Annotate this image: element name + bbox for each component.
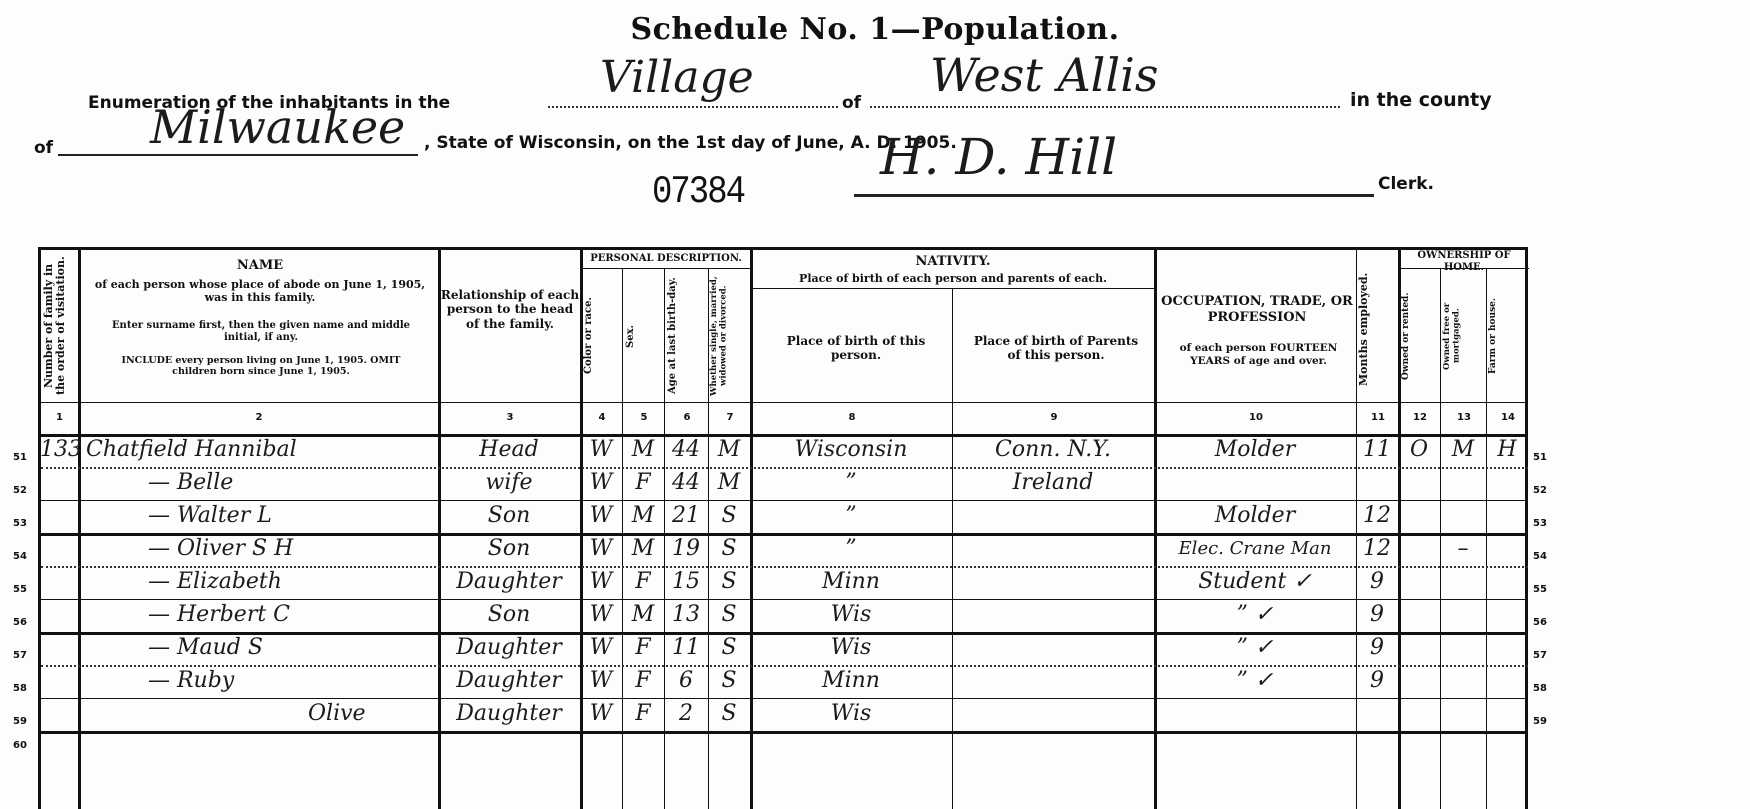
owned-rented [1398,697,1440,730]
clerk-signature: H. D. Hill [880,128,1117,186]
header-ownership: OWNERSHIP OF HOME. [1399,250,1529,274]
line-number-right: 56 [1528,617,1552,628]
free-mortgaged [1440,697,1486,730]
relationship: Son [438,499,580,532]
header-age: Age at last birth-day. [667,274,707,398]
color-race: W [580,697,622,730]
birthplace: ” [750,532,952,565]
relationship: Son [438,532,580,565]
occupation [1154,466,1356,499]
parents-birthplace [952,565,1154,598]
family-number [40,598,78,631]
parents-birthplace [952,598,1154,631]
header-nativity: NATIVITY. [753,254,1153,270]
owned-rented: O [1398,433,1440,466]
sex: F [622,664,664,697]
header-free-mortgaged: Owned free or mortgaged. [1443,274,1485,398]
family-number [40,466,78,499]
header-months-employed: Months employed. [1358,260,1398,398]
header-sex: Sex. [625,274,663,398]
family-number [40,697,78,730]
relationship: wife [438,466,580,499]
col-num-3: 3 [439,412,581,423]
owned-rented [1398,664,1440,697]
of-label: of [842,93,861,113]
col-num-9: 9 [953,412,1155,423]
parents-birthplace: Conn. N.Y. [952,433,1154,466]
col-num-4: 4 [581,412,623,423]
parents-birthplace [952,631,1154,664]
age: 15 [664,565,708,598]
parents-birthplace [952,697,1154,730]
birthplace: ” [750,466,952,499]
sex: F [622,565,664,598]
farm-house [1486,565,1528,598]
col-num-5: 5 [623,412,665,423]
occupation: ” ✓ [1154,664,1356,697]
header-owned-rented: Owned or rented. [1402,274,1440,398]
person-name: — Maud S [78,631,438,664]
birthplace: ” [750,499,952,532]
person-name: — Belle [78,466,438,499]
person-name: — Walter L [78,499,438,532]
line-number-left: 55 [8,584,32,595]
months-employed: 12 [1356,499,1398,532]
line-number-right: 57 [1528,650,1552,661]
person-name: Chatfield Hannibal [78,433,438,466]
owned-rented [1398,466,1440,499]
birthplace: Wis [750,697,952,730]
relationship: Daughter [438,664,580,697]
sex: F [622,466,664,499]
line-number-left-next: 60 [8,740,32,751]
marital-status: S [708,565,750,598]
sex: M [622,433,664,466]
col-num-13: 13 [1441,412,1487,423]
sex: F [622,631,664,664]
age: 6 [664,664,708,697]
months-employed [1356,466,1398,499]
header-birthplace: Place of birth of this person. [781,334,931,363]
line-number-right: 52 [1528,485,1552,496]
of-county-label: of [34,138,53,158]
header-occupation-sub: of each person FOURTEEN YEARS of age and… [1171,342,1346,367]
line-number-right: 54 [1528,551,1552,562]
farm-house [1486,532,1528,565]
line-number-left: 57 [8,650,32,661]
free-mortgaged: M [1440,433,1486,466]
header-marital: Whether single, married, widowed or divo… [710,274,750,398]
age: 19 [664,532,708,565]
occupation: Molder [1154,499,1356,532]
age: 44 [664,466,708,499]
relationship: Daughter [438,631,580,664]
header-occupation-title: OCCUPATION, TRADE, OR PROFESSION [1157,294,1357,325]
birthplace: Wisconsin [750,433,952,466]
birthplace: Minn [750,565,952,598]
free-mortgaged [1440,598,1486,631]
person-name: — Herbert C [78,598,438,631]
free-mortgaged [1440,499,1486,532]
occupation: ” ✓ [1154,631,1356,664]
line-number-right: 59 [1528,716,1552,727]
free-mortgaged [1440,565,1486,598]
color-race: W [580,565,622,598]
serial-number: 07384 [652,171,744,215]
village-type-value: Village [600,52,754,103]
header-name-line2: Enter surname first, then the given name… [111,320,411,344]
clerk-line [854,194,1374,197]
col-num-11: 11 [1357,412,1399,423]
farm-house [1486,631,1528,664]
age: 11 [664,631,708,664]
owned-rented [1398,598,1440,631]
farm-house [1486,499,1528,532]
header-farm-house: Farm or house. [1489,274,1527,398]
header-name-line1: of each person whose place of abode on J… [85,278,435,304]
months-employed: 9 [1356,664,1398,697]
sex: M [622,532,664,565]
free-mortgaged [1440,631,1486,664]
line-number-left: 51 [8,452,32,463]
col-num-14: 14 [1487,412,1529,423]
header-color: Color or race. [583,274,621,398]
owned-rented [1398,565,1440,598]
sex: M [622,598,664,631]
county-value: Milwaukee [150,100,405,154]
age: 13 [664,598,708,631]
relationship: Son [438,598,580,631]
header-name-title: NAME [81,258,439,274]
header-name-line3: INCLUDE every person living on June 1, 1… [111,355,411,378]
family-number [40,499,78,532]
header-personal-description: PERSONAL DESCRIPTION. [581,253,751,265]
family-number: 133 [40,433,78,466]
color-race: W [580,631,622,664]
parents-birthplace [952,664,1154,697]
state-date-text: , State of Wisconsin, on the 1st day of … [424,133,957,153]
occupation: Elec. Crane Man [1154,532,1356,565]
family-number [40,532,78,565]
header-parents-birthplace: Place of birth of Parents of this person… [971,334,1141,363]
marital-status: M [708,466,750,499]
color-race: W [580,433,622,466]
color-race: W [580,664,622,697]
farm-house [1486,466,1528,499]
col-num-6: 6 [665,412,709,423]
county-label: in the county [1350,89,1492,111]
occupation: Student ✓ [1154,565,1356,598]
sex: F [622,697,664,730]
line-number-left: 52 [8,485,32,496]
marital-status: S [708,664,750,697]
months-employed [1356,697,1398,730]
line-number-left: 58 [8,683,32,694]
line-number-right: 55 [1528,584,1552,595]
occupation: ” ✓ [1154,598,1356,631]
birthplace: Minn [750,664,952,697]
age: 44 [664,433,708,466]
col-num-1: 1 [41,412,78,423]
place-value: West Allis [930,48,1158,102]
months-employed: 12 [1356,532,1398,565]
parents-birthplace [952,532,1154,565]
person-name: — Elizabeth [78,565,438,598]
page-title: Schedule No. 1—Population. [0,12,1750,47]
farm-house [1486,697,1528,730]
owned-rented [1398,532,1440,565]
free-mortgaged: – [1440,532,1486,565]
owned-rented [1398,631,1440,664]
family-number [40,565,78,598]
months-employed: 11 [1356,433,1398,466]
occupation [1154,697,1356,730]
parents-birthplace [952,499,1154,532]
place-line [870,106,1340,108]
color-race: W [580,499,622,532]
color-race: W [580,532,622,565]
farm-house: H [1486,433,1528,466]
header-relationship: Relationship of each person to the head … [440,288,580,331]
color-race: W [580,466,622,499]
clerk-label: Clerk. [1378,174,1434,194]
age: 2 [664,697,708,730]
birthplace: Wis [750,598,952,631]
col-num-8: 8 [751,412,953,423]
age: 21 [664,499,708,532]
marital-status: S [708,499,750,532]
col-num-7: 7 [709,412,751,423]
person-name: — Ruby [78,664,438,697]
person-name: — Oliver S H [78,532,438,565]
line-number-right: 58 [1528,683,1552,694]
free-mortgaged [1440,664,1486,697]
header-nativity-sub: Place of birth of each person and parent… [753,272,1153,285]
sex: M [622,499,664,532]
county-line [58,154,418,156]
months-employed: 9 [1356,631,1398,664]
marital-status: S [708,697,750,730]
marital-status: S [708,631,750,664]
col-num-12: 12 [1399,412,1441,423]
parents-birthplace: Ireland [952,466,1154,499]
free-mortgaged [1440,466,1486,499]
months-employed: 9 [1356,565,1398,598]
marital-status: S [708,532,750,565]
relationship: Head [438,433,580,466]
months-employed: 9 [1356,598,1398,631]
farm-house [1486,664,1528,697]
birthplace: Wis [750,631,952,664]
line-number-left: 53 [8,518,32,529]
village-type-line [548,106,838,108]
owned-rented [1398,499,1440,532]
marital-status: S [708,598,750,631]
line-number-left: 56 [8,617,32,628]
relationship: Daughter [438,697,580,730]
person-name: Olive [78,697,438,730]
col-num-10: 10 [1155,412,1357,423]
col-num-2: 2 [79,412,439,423]
line-number-right: 51 [1528,452,1552,463]
relationship: Daughter [438,565,580,598]
line-number-right: 53 [1528,518,1552,529]
family-number [40,631,78,664]
color-race: W [580,598,622,631]
line-number-left: 54 [8,551,32,562]
line-number-left: 59 [8,716,32,727]
marital-status: M [708,433,750,466]
farm-house [1486,598,1528,631]
family-number [40,664,78,697]
occupation: Molder [1154,433,1356,466]
header-family-number: Number of family in the order of visitat… [43,256,77,396]
